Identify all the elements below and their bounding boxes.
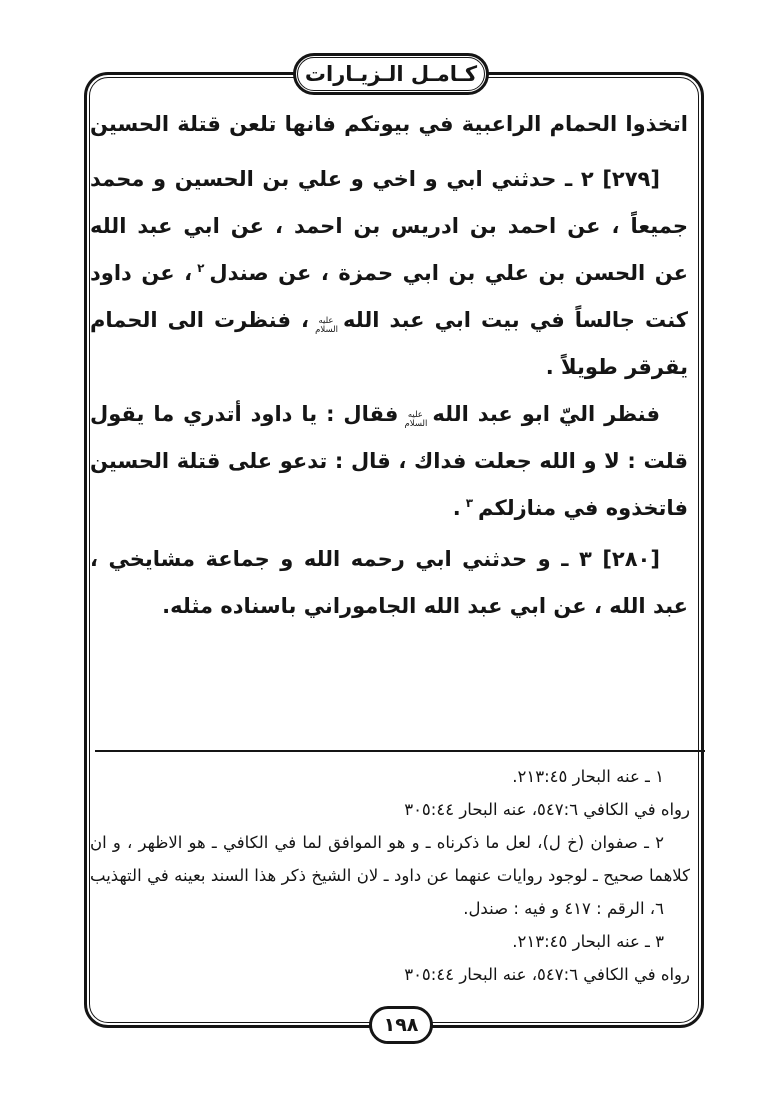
text-segment: فنظر اليّ ابو عبد الله <box>432 402 660 426</box>
text-line: يقرقر طويلاً . <box>90 344 688 391</box>
text-line: عبد الله ، عن ابي عبد الله الجاموراني با… <box>90 583 688 630</box>
hadith-text-block: اتخذوا الحمام الراعبية في بيوتكم فانها ت… <box>90 101 688 630</box>
text-segment: ٦، الرقم : ٤١٧ و فيه : صندل. <box>463 899 664 918</box>
text-segment: ٣ ـ عنه البحار ٢١٣:٤٥. <box>512 932 664 951</box>
alayhis-salam-symbol: عليه السلام <box>314 317 338 336</box>
text-line: [٢٨٠] ٣ ـ و حدثني ابي رحمه الله و جماعة … <box>90 536 688 583</box>
book-page: كـامـل الـزيـارات اتخذوا الحمام الراعبية… <box>0 0 778 1100</box>
text-segment: [٢٧٩] ٢ ـ حدثني ابي و اخي و علي بن الحسي… <box>90 167 660 203</box>
text-segment: قلت : لا و الله جعلت فداك ، قال : تدعو ع… <box>90 449 688 485</box>
text-segment: ٢ ـ صفوان (خ ل)، لعل ما ذكرناه ـ و هو ال… <box>90 833 664 859</box>
page-number-cartouche: ١٩٨ <box>369 1006 433 1044</box>
text-line: فاتخذوه في منازلكم٣. <box>90 485 688 532</box>
book-title: كـامـل الـزيـارات <box>305 62 477 86</box>
text-line: اتخذوا الحمام الراعبية في بيوتكم فانها ت… <box>90 101 688 148</box>
page-number: ١٩٨ <box>384 1014 419 1036</box>
text-segment: يقرقر طويلاً . <box>546 355 688 379</box>
text-line: عن الحسن بن علي بن ابي حمزة ، عن صندل٢، … <box>90 250 688 297</box>
text-line: قلت : لا و الله جعلت فداك ، قال : تدعو ع… <box>90 438 688 485</box>
text-segment: جميعاً ، عن احمد بن ادريس بن احمد ، عن ا… <box>90 214 688 250</box>
text-segment: فاتخذوه في منازلكم <box>478 496 688 520</box>
text-line: ٦، الرقم : ٤١٧ و فيه : صندل. <box>90 892 690 925</box>
text-line: رواه في الكافي ٥٤٧:٦، عنه البحار ٣٠٥:٤٤ <box>90 958 690 991</box>
text-line: ٣ ـ عنه البحار ٢١٣:٤٥. <box>90 925 690 958</box>
text-segment: . <box>453 496 461 520</box>
text-line: [٢٧٩] ٢ ـ حدثني ابي و اخي و علي بن الحسي… <box>90 156 688 203</box>
text-line: ١ ـ عنه البحار ٢١٣:٤٥. <box>90 760 690 793</box>
text-segment: عن الحسن بن علي بن ابي حمزة ، عن صندل <box>209 261 688 285</box>
text-segment: [٢٨٠] ٣ ـ و حدثني ابي رحمه الله و جماعة … <box>90 547 660 583</box>
footnote-separator <box>95 750 705 752</box>
text-segment: كنت جالساً في بيت ابي عبد الله <box>343 308 688 332</box>
text-segment: كلاهما صحيح ـ لوجود روايات عنهما عن داود… <box>90 866 690 885</box>
text-segment: ١ ـ عنه البحار ٢١٣:٤٥. <box>512 767 664 786</box>
text-line: جميعاً ، عن احمد بن ادريس بن احمد ، عن ا… <box>90 203 688 250</box>
text-line: كنت جالساً في بيت ابي عبد اللهعليه السلا… <box>90 297 688 344</box>
alayhis-salam-symbol: عليه السلام <box>403 411 427 430</box>
text-line: فنظر اليّ ابو عبد اللهعليه السلامفقال : … <box>90 391 688 438</box>
footnotes-block: ١ ـ عنه البحار ٢١٣:٤٥.رواه في الكافي ٥٤٧… <box>90 760 690 991</box>
book-title-cartouche: كـامـل الـزيـارات <box>293 53 489 95</box>
text-line: رواه في الكافي ٥٤٧:٦، عنه البحار ٣٠٥:٤٤ <box>90 793 690 826</box>
text-line: كلاهما صحيح ـ لوجود روايات عنهما عن داود… <box>90 859 690 892</box>
text-segment: عبد الله ، عن ابي عبد الله الجاموراني با… <box>162 594 688 618</box>
text-line: ٢ ـ صفوان (خ ل)، لعل ما ذكرناه ـ و هو ال… <box>90 826 690 859</box>
text-segment: اتخذوا الحمام الراعبية في بيوتكم فانها ت… <box>90 112 688 136</box>
text-segment: رواه في الكافي ٥٤٧:٦، عنه البحار ٣٠٥:٤٤ <box>404 965 690 984</box>
text-segment: رواه في الكافي ٥٤٧:٦، عنه البحار ٣٠٥:٤٤ <box>404 800 690 819</box>
